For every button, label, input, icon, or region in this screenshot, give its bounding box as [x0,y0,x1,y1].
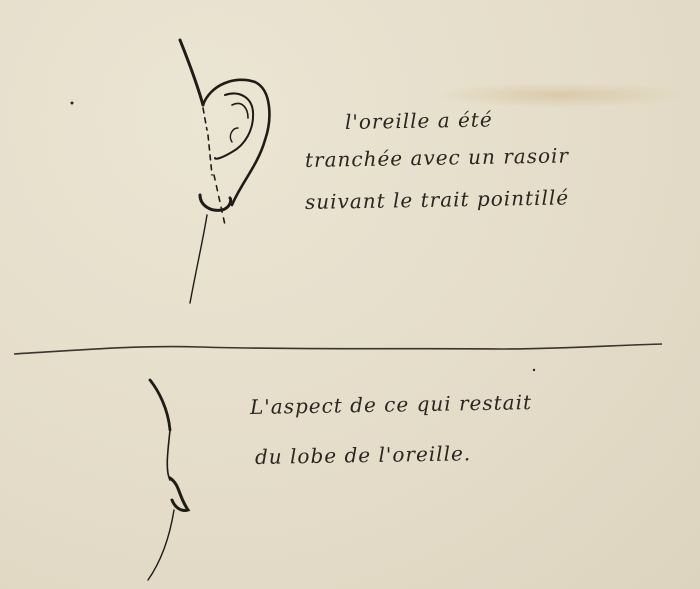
ear-drawing-icon [180,40,269,303]
caption-lower-line-2: du lobe de l'oreille. [255,441,472,469]
caption-upper-line-2: tranchée avec un rasoir [305,143,569,172]
caption-lower-line-1: L'aspect de ce qui restait [250,390,532,419]
divider-line [14,344,662,354]
caption-upper-line-3: suivant le trait pointillé [305,185,570,214]
ink-drawings [0,0,700,589]
caption-upper-line-1: l'oreille a été [345,107,493,134]
earlobe-drawing-icon [148,380,188,580]
